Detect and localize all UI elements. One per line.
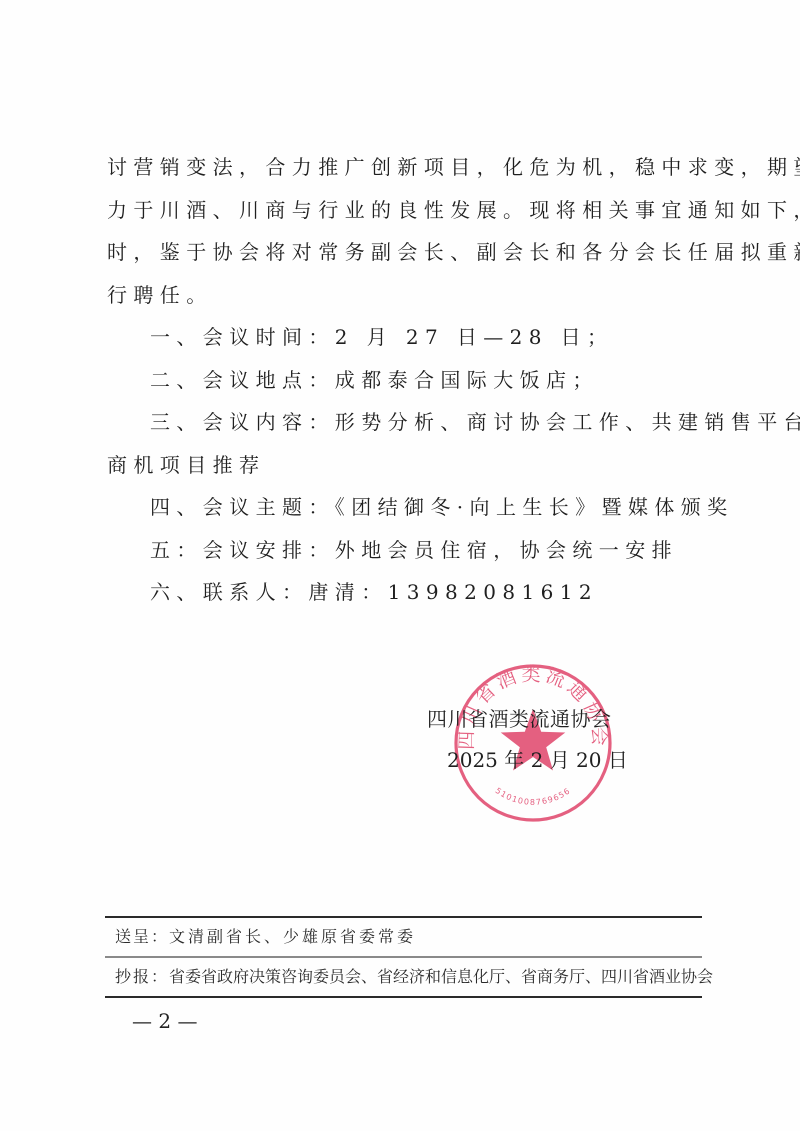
- meeting-arrangement-item: 五：会议安排：外地会员住宿，协会统一安排: [107, 529, 707, 572]
- divider-bottom: [105, 996, 702, 998]
- contact-person-item: 六、联系人：唐清：13982081612: [107, 571, 707, 614]
- send-to-label: 送呈：: [115, 927, 169, 946]
- signature-organization: 四川省酒类流通协会: [427, 703, 612, 732]
- page-number: — 2 —: [132, 1009, 197, 1033]
- body-paragraph-line: 行聘任。: [107, 274, 707, 317]
- copy-to-row: 抄报：省委省政府决策咨询委员会、省经济和信息化厅、省商务厅、四川省酒业协会: [105, 958, 702, 996]
- document-page: 讨营销变法，合力推广创新项目，化危为机，稳中求变，期望助 力于川酒、川商与行业的…: [0, 0, 800, 1131]
- body-paragraph-line: 时，鉴于协会将对常务副会长、副会长和各分会长任届拟重新进: [107, 231, 707, 274]
- seal-code-text: 5101008769656: [494, 786, 573, 807]
- signature-date: 2025 年 2 月 20 日: [447, 744, 628, 773]
- meeting-time-item: 一、会议时间：2 月 27 日—28 日；: [107, 316, 707, 359]
- meeting-location-item: 二、会议地点：成都泰合国际大饭店；: [107, 359, 707, 402]
- send-to-row: 送呈：文清副省长、少雄原省委常委: [105, 918, 702, 956]
- body-paragraph-line: 讨营销变法，合力推广创新项目，化危为机，稳中求变，期望助: [107, 146, 707, 189]
- meeting-content-item: 三、会议内容：形势分析、商讨协会工作、共建销售平台、: [107, 401, 707, 444]
- meeting-theme-item: 四、会议主题：《团结御冬·向上生长》暨媒体颁奖: [107, 486, 707, 529]
- meeting-content-continuation: 商机项目推荐: [107, 444, 707, 487]
- send-to-value: 文清副省长、少雄原省委常委: [169, 927, 416, 946]
- official-seal-stamp: 四川省酒类流通协会 5101008769656: [452, 663, 614, 823]
- copy-to-label: 抄报：: [115, 967, 169, 986]
- body-paragraph-line: 力于川酒、川商与行业的良性发展。现将相关事宜通知如下，同: [107, 189, 707, 232]
- distribution-block: 送呈：文清副省长、少雄原省委常委 抄报：省委省政府决策咨询委员会、省经济和信息化…: [105, 916, 702, 998]
- document-body: 讨营销变法，合力推广创新项目，化危为机，稳中求变，期望助 力于川酒、川商与行业的…: [107, 146, 707, 614]
- copy-to-value: 省委省政府决策咨询委员会、省经济和信息化厅、省商务厅、四川省酒业协会: [169, 967, 713, 986]
